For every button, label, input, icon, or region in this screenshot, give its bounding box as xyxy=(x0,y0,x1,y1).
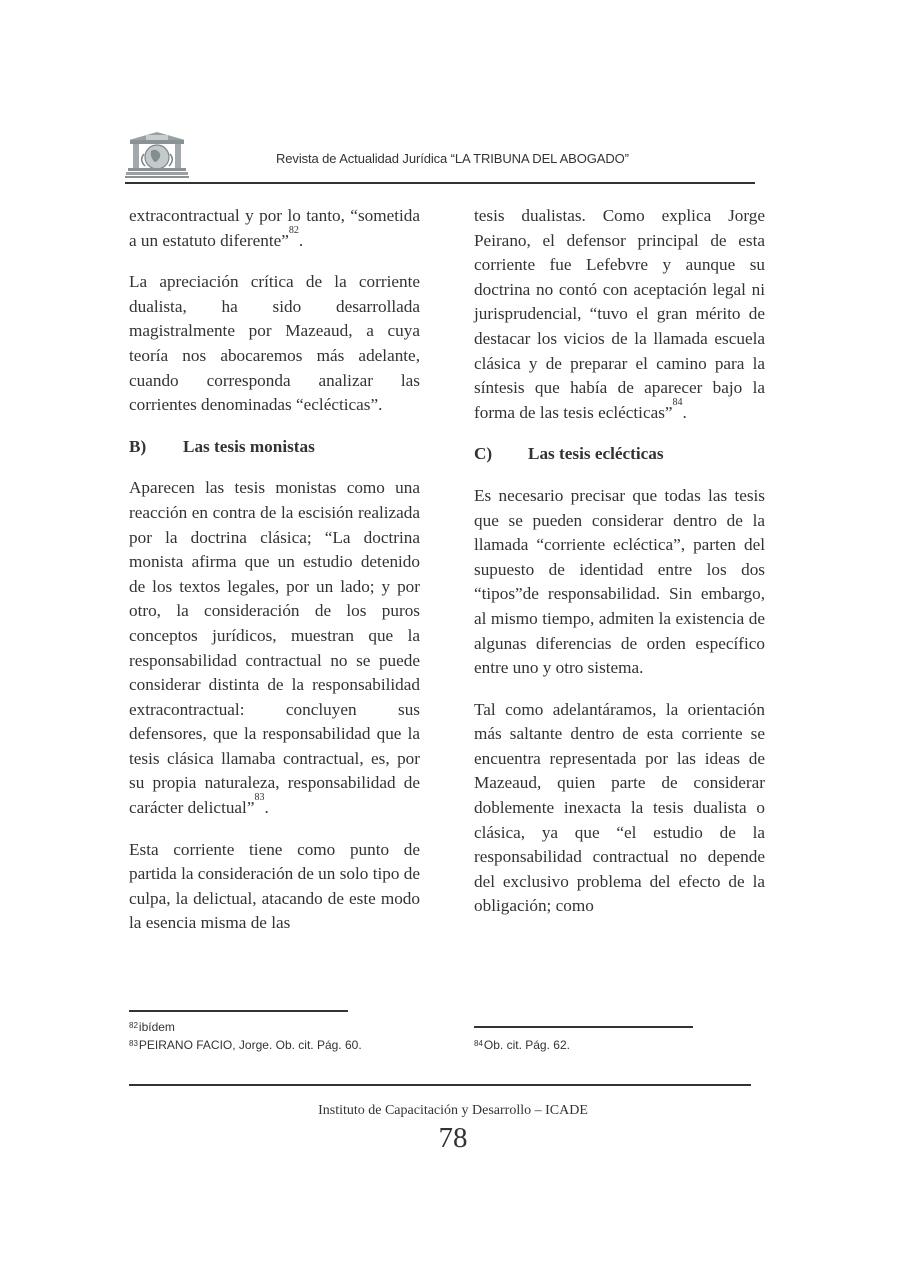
page-header: Revista de Actualidad Jurídica “LA TRIBU… xyxy=(125,130,755,185)
section-letter: C) xyxy=(474,442,528,467)
paragraph: La apreciación crítica de la corriente d… xyxy=(129,270,420,418)
footnote-ref[interactable]: 83 xyxy=(254,792,264,803)
paragraph: tesis dualistas. Como explica Jorge Peir… xyxy=(474,204,765,425)
section-heading-b: B) Las tesis monistas xyxy=(129,435,420,460)
footnote-ref[interactable]: 82 xyxy=(289,225,299,236)
page-number: 78 xyxy=(0,1122,906,1155)
footnote: 83PEIRANO FACIO, Jorge. Ob. cit. Pág. 60… xyxy=(129,1037,362,1053)
paragraph: Tal como adelantáramos, la orientación m… xyxy=(474,698,765,919)
footnote-ref[interactable]: 84 xyxy=(673,397,683,408)
header-divider xyxy=(125,182,755,184)
journal-title: Revista de Actualidad Jurídica “LA TRIBU… xyxy=(276,151,629,166)
footnote: 82ibídem xyxy=(129,1019,175,1035)
section-letter: B) xyxy=(129,435,183,460)
footnote-divider xyxy=(474,1026,693,1028)
right-column: tesis dualistas. Como explica Jorge Peir… xyxy=(474,204,765,936)
paragraph: Esta corriente tiene como punto de parti… xyxy=(129,838,420,936)
document-page: Revista de Actualidad Jurídica “LA TRIBU… xyxy=(0,0,906,1280)
left-column: extracontractual y por lo tanto, “someti… xyxy=(129,204,420,953)
section-heading-c: C) Las tesis eclécticas xyxy=(474,442,765,467)
icade-logo-icon xyxy=(125,130,189,180)
paragraph: Aparecen las tesis monistas como una rea… xyxy=(129,476,420,820)
footnote: 84Ob. cit. Pág. 62. xyxy=(474,1037,570,1053)
paragraph: Es necesario precisar que todas las tesi… xyxy=(474,484,765,681)
section-title: Las tesis monistas xyxy=(183,435,315,460)
footnote-divider xyxy=(129,1010,348,1012)
section-title: Las tesis eclécticas xyxy=(528,442,664,467)
footer-institution: Instituto de Capacitación y Desarrollo –… xyxy=(0,1103,906,1119)
footer-divider xyxy=(129,1084,751,1086)
paragraph: extracontractual y por lo tanto, “someti… xyxy=(129,204,420,253)
